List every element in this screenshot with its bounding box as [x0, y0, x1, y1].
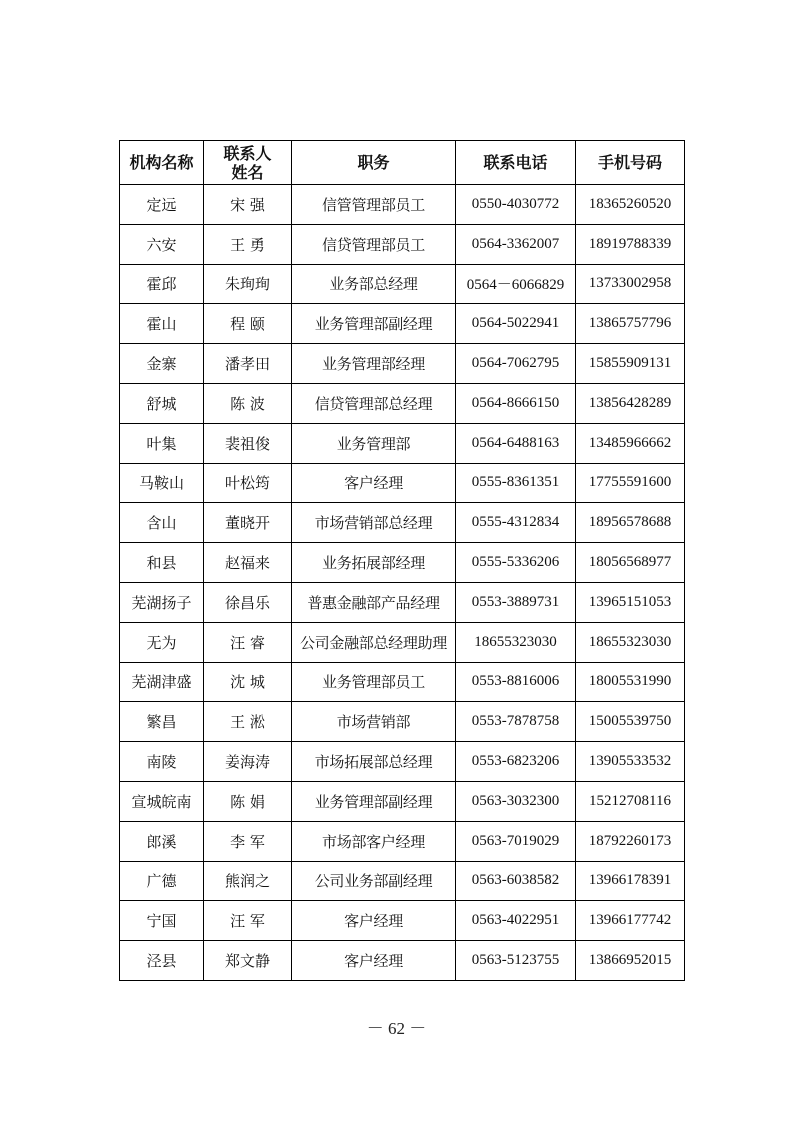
table-row: 舒城陈 波信贷管理部总经理0564-866615013856428289 — [120, 383, 685, 423]
contact-name-cell: 赵福来 — [204, 543, 292, 583]
position-cell: 公司金融部总经理助理 — [292, 622, 456, 662]
mobile-cell: 18056568977 — [576, 543, 685, 583]
table-header-row: 机构名称 联系人 姓名 职务 联系电话 手机号码 — [120, 141, 685, 185]
contact-name-cell: 程 颐 — [204, 304, 292, 344]
contact-name-cell: 陈 娟 — [204, 781, 292, 821]
table-row: 郎溪李 军市场部客户经理0563-701902918792260173 — [120, 821, 685, 861]
contact-name-cell: 王 淞 — [204, 702, 292, 742]
table-row: 霍山程 颐业务管理部副经理0564-502294113865757796 — [120, 304, 685, 344]
institution-cell: 含山 — [120, 503, 204, 543]
header-phone: 联系电话 — [456, 141, 576, 185]
mobile-cell: 13965151053 — [576, 582, 685, 622]
position-cell: 业务管理部 — [292, 423, 456, 463]
contact-name-cell: 沈 城 — [204, 662, 292, 702]
institution-cell: 叶集 — [120, 423, 204, 463]
table-row: 繁昌王 淞市场营销部0553-787875815005539750 — [120, 702, 685, 742]
table-row: 无为汪 睿公司金融部总经理助理1865532303018655323030 — [120, 622, 685, 662]
position-cell: 信管管理部员工 — [292, 185, 456, 225]
mobile-cell: 18919788339 — [576, 224, 685, 264]
header-contact-line1: 联系人 — [204, 144, 291, 163]
mobile-cell: 15212708116 — [576, 781, 685, 821]
institution-cell: 定远 — [120, 185, 204, 225]
position-cell: 业务拓展部经理 — [292, 543, 456, 583]
phone-cell: 0563-6038582 — [456, 861, 576, 901]
mobile-cell: 18365260520 — [576, 185, 685, 225]
position-cell: 市场营销部 — [292, 702, 456, 742]
contact-name-cell: 朱珣珣 — [204, 264, 292, 304]
position-cell: 市场营销部总经理 — [292, 503, 456, 543]
position-cell: 公司业务部副经理 — [292, 861, 456, 901]
header-institution: 机构名称 — [120, 141, 204, 185]
table-row: 泾县郑文静客户经理0563-512375513866952015 — [120, 941, 685, 981]
phone-cell: 0555-5336206 — [456, 543, 576, 583]
header-mobile: 手机号码 — [576, 141, 685, 185]
phone-cell: 0555-8361351 — [456, 463, 576, 503]
phone-cell: 0564－6066829 — [456, 264, 576, 304]
position-cell: 业务管理部副经理 — [292, 781, 456, 821]
phone-cell: 0553-6823206 — [456, 742, 576, 782]
mobile-cell: 18792260173 — [576, 821, 685, 861]
institution-cell: 繁昌 — [120, 702, 204, 742]
contact-table: 机构名称 联系人 姓名 职务 联系电话 手机号码 定远宋 强信管管理部员工055… — [119, 140, 685, 981]
contact-name-cell: 陈 波 — [204, 383, 292, 423]
position-cell: 客户经理 — [292, 463, 456, 503]
phone-cell: 0563-3032300 — [456, 781, 576, 821]
table-row: 叶集裴祖俊业务管理部0564-648816313485966662 — [120, 423, 685, 463]
institution-cell: 芜湖津盛 — [120, 662, 204, 702]
institution-cell: 无为 — [120, 622, 204, 662]
position-cell: 业务管理部经理 — [292, 344, 456, 384]
header-contact-name: 联系人 姓名 — [204, 141, 292, 185]
contact-name-cell: 王 勇 — [204, 224, 292, 264]
table-row: 六安王 勇信贷管理部员工0564-336200718919788339 — [120, 224, 685, 264]
phone-cell: 0563-5123755 — [456, 941, 576, 981]
contact-name-cell: 潘孝田 — [204, 344, 292, 384]
institution-cell: 芜湖扬子 — [120, 582, 204, 622]
position-cell: 信贷管理部员工 — [292, 224, 456, 264]
table-row: 南陵姜海涛市场拓展部总经理0553-682320613905533532 — [120, 742, 685, 782]
phone-cell: 0564-3362007 — [456, 224, 576, 264]
mobile-cell: 18005531990 — [576, 662, 685, 702]
mobile-cell: 17755591600 — [576, 463, 685, 503]
phone-cell: 0564-7062795 — [456, 344, 576, 384]
position-cell: 市场拓展部总经理 — [292, 742, 456, 782]
header-contact-line2: 姓名 — [204, 163, 291, 182]
institution-cell: 六安 — [120, 224, 204, 264]
institution-cell: 南陵 — [120, 742, 204, 782]
phone-cell: 0553-8816006 — [456, 662, 576, 702]
mobile-cell: 13966178391 — [576, 861, 685, 901]
document-page: 机构名称 联系人 姓名 职务 联系电话 手机号码 定远宋 强信管管理部员工055… — [0, 0, 793, 1122]
table-row: 广德熊润之公司业务部副经理0563-603858213966178391 — [120, 861, 685, 901]
phone-cell: 0564-6488163 — [456, 423, 576, 463]
institution-cell: 和县 — [120, 543, 204, 583]
table-row: 含山董晓开市场营销部总经理0555-431283418956578688 — [120, 503, 685, 543]
table-row: 金寨潘孝田业务管理部经理0564-706279515855909131 — [120, 344, 685, 384]
contact-name-cell: 郑文静 — [204, 941, 292, 981]
institution-cell: 金寨 — [120, 344, 204, 384]
mobile-cell: 13866952015 — [576, 941, 685, 981]
institution-cell: 马鞍山 — [120, 463, 204, 503]
contact-name-cell: 裴祖俊 — [204, 423, 292, 463]
phone-cell: 0563-7019029 — [456, 821, 576, 861]
table-row: 定远宋 强信管管理部员工0550-403077218365260520 — [120, 185, 685, 225]
table-body: 定远宋 强信管管理部员工0550-403077218365260520六安王 勇… — [120, 185, 685, 981]
phone-cell: 0553-7878758 — [456, 702, 576, 742]
institution-cell: 泾县 — [120, 941, 204, 981]
institution-cell: 宣城皖南 — [120, 781, 204, 821]
phone-cell: 0553-3889731 — [456, 582, 576, 622]
table-row: 芜湖扬子徐昌乐普惠金融部产品经理0553-388973113965151053 — [120, 582, 685, 622]
position-cell: 客户经理 — [292, 901, 456, 941]
mobile-cell: 18655323030 — [576, 622, 685, 662]
mobile-cell: 13905533532 — [576, 742, 685, 782]
mobile-cell: 13485966662 — [576, 423, 685, 463]
institution-cell: 霍山 — [120, 304, 204, 344]
position-cell: 业务管理部员工 — [292, 662, 456, 702]
mobile-cell: 13733002958 — [576, 264, 685, 304]
phone-cell: 0564-5022941 — [456, 304, 576, 344]
header-position: 职务 — [292, 141, 456, 185]
contact-name-cell: 汪 军 — [204, 901, 292, 941]
mobile-cell: 13966177742 — [576, 901, 685, 941]
page-number: － 62 － — [0, 1014, 793, 1039]
mobile-cell: 13865757796 — [576, 304, 685, 344]
institution-cell: 宁国 — [120, 901, 204, 941]
position-cell: 信贷管理部总经理 — [292, 383, 456, 423]
contact-name-cell: 徐昌乐 — [204, 582, 292, 622]
table-row: 宁国汪 军客户经理0563-402295113966177742 — [120, 901, 685, 941]
phone-cell: 0564-8666150 — [456, 383, 576, 423]
phone-cell: 0563-4022951 — [456, 901, 576, 941]
mobile-cell: 15855909131 — [576, 344, 685, 384]
mobile-cell: 15005539750 — [576, 702, 685, 742]
institution-cell: 郎溪 — [120, 821, 204, 861]
phone-cell: 0550-4030772 — [456, 185, 576, 225]
position-cell: 普惠金融部产品经理 — [292, 582, 456, 622]
contact-name-cell: 熊润之 — [204, 861, 292, 901]
table-row: 和县赵福来业务拓展部经理0555-533620618056568977 — [120, 543, 685, 583]
table-row: 芜湖津盛沈 城业务管理部员工0553-881600618005531990 — [120, 662, 685, 702]
contact-name-cell: 李 军 — [204, 821, 292, 861]
institution-cell: 霍邱 — [120, 264, 204, 304]
table-row: 马鞍山叶松筠客户经理0555-836135117755591600 — [120, 463, 685, 503]
contact-name-cell: 叶松筠 — [204, 463, 292, 503]
phone-cell: 0555-4312834 — [456, 503, 576, 543]
position-cell: 业务部总经理 — [292, 264, 456, 304]
phone-cell: 18655323030 — [456, 622, 576, 662]
mobile-cell: 18956578688 — [576, 503, 685, 543]
contact-name-cell: 姜海涛 — [204, 742, 292, 782]
position-cell: 市场部客户经理 — [292, 821, 456, 861]
table-row: 霍邱朱珣珣业务部总经理0564－606682913733002958 — [120, 264, 685, 304]
institution-cell: 广德 — [120, 861, 204, 901]
table-row: 宣城皖南陈 娟业务管理部副经理0563-303230015212708116 — [120, 781, 685, 821]
institution-cell: 舒城 — [120, 383, 204, 423]
position-cell: 业务管理部副经理 — [292, 304, 456, 344]
contact-name-cell: 汪 睿 — [204, 622, 292, 662]
contact-name-cell: 宋 强 — [204, 185, 292, 225]
contact-name-cell: 董晓开 — [204, 503, 292, 543]
position-cell: 客户经理 — [292, 941, 456, 981]
mobile-cell: 13856428289 — [576, 383, 685, 423]
